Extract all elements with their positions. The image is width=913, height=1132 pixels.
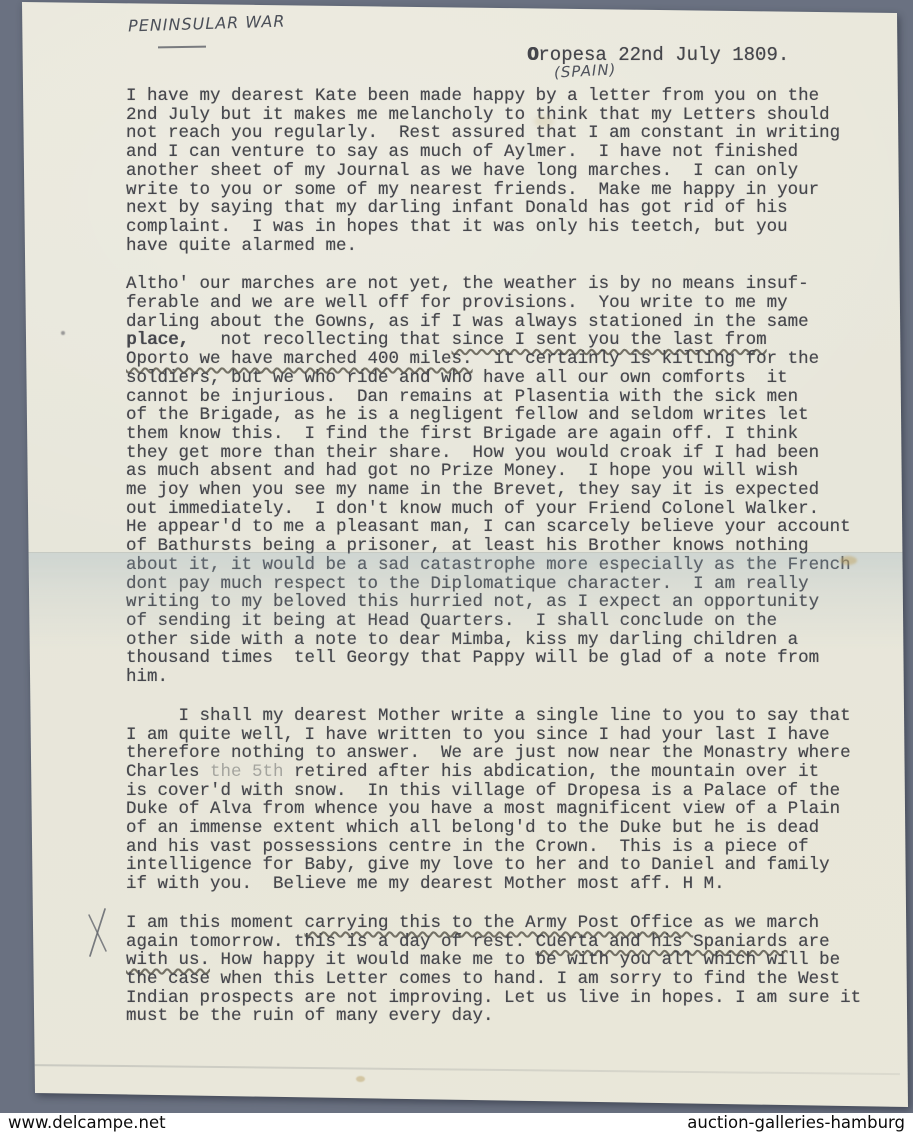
paper-shadow-wrap: PENINSULAR WAR Oropesa 22nd July 1809. (…	[0, 0, 913, 1132]
letter-line: as much absent and had got no Prize Mone…	[126, 462, 886, 481]
letter-line: next by saying that my darling infant Do…	[126, 199, 886, 218]
typed-text: therefore nothing to answer. We are just…	[126, 743, 851, 763]
typed-text: if with you. Believe me my dearest Mothe…	[126, 874, 725, 894]
pencil-margin-x-mark	[85, 908, 111, 960]
letter-line: if with you. Believe me my dearest Mothe…	[126, 875, 886, 894]
typed-text: not recollecting that	[189, 330, 452, 350]
typed-text: of an immense extent which all belong'd …	[126, 818, 819, 838]
letter-line: other side with a note to dear Mimba, ki…	[126, 631, 886, 650]
typed-text: it certainly is killing for the	[473, 349, 820, 369]
typed-text: Indian prospects are not improving. Let …	[126, 988, 861, 1008]
letter-line: out immediately. I don't know much of yo…	[126, 500, 886, 519]
typed-text: ferable and we are well off for provisio…	[126, 293, 788, 313]
letter-line: have quite alarmed me.	[126, 237, 886, 256]
letter-line: again tomorrow. this is a day of rest. C…	[126, 933, 886, 952]
letter-line: they get more than their share. How you …	[126, 444, 886, 463]
handwritten-collection-note: PENINSULAR WAR	[128, 12, 286, 36]
letter-line: of sending it being at Head Quarters. I …	[126, 612, 886, 631]
typed-text: Duke of Alva from whence you have a most…	[126, 799, 840, 819]
typed-text: retired after his abdication, the mounta…	[284, 762, 820, 782]
typed-text: I have my dearest Kate been made happy b…	[126, 86, 819, 106]
letter-line: Charles the 5th retired after his abdica…	[126, 763, 886, 782]
typed-text: dont pay much respect to the Diplomatiqu…	[126, 574, 809, 594]
letter-line: I am quite well, I have written to you s…	[126, 726, 886, 745]
typed-text: 2nd July but it makes me melancholy to t…	[126, 105, 830, 125]
typed-text: write to you or some of my nearest frien…	[126, 180, 819, 200]
letter-line: write to you or some of my nearest frien…	[126, 181, 886, 200]
handwritten-note-underline	[158, 46, 206, 49]
letter-line: not reach you regularly. Rest assured th…	[126, 124, 886, 143]
letter-paragraph: I am this moment carrying this to the Ar…	[126, 914, 886, 1026]
typed-text: them know this. I find the first Brigade…	[126, 424, 798, 444]
letter-line: Altho' our marches are not yet, the weat…	[126, 275, 886, 294]
letter-line: the case when this Letter comes to hand.…	[126, 970, 886, 989]
typed-text: darling about the Gowns, as if I was alw…	[126, 312, 809, 332]
typed-text: must be the ruin of many every day.	[126, 1006, 494, 1026]
letter-line: of Bathursts being a prisoner, at least …	[126, 537, 886, 556]
letter-line: Duke of Alva from whence you have a most…	[126, 800, 886, 819]
typed-text: of the Brigade, as he is a negligent fel…	[126, 405, 809, 425]
letter-paragraph: I shall my dearest Mother write a single…	[126, 707, 886, 894]
typed-text: about it, it would be a sad catastrophe …	[126, 555, 851, 575]
letter-line: and I can venture to say as much of Aylm…	[126, 143, 886, 162]
letter-line: place, not recollecting that since I sen…	[126, 331, 886, 350]
typed-text: another sheet of my Journal as we have l…	[126, 161, 798, 181]
letter-line: of an immense extent which all belong'd …	[126, 819, 886, 838]
typed-text: soldiers, but we who ride and who have a…	[126, 368, 788, 388]
typed-text: other side with a note to dear Mimba, ki…	[126, 630, 798, 650]
letter-line: of the Brigade, as he is a negligent fel…	[126, 406, 886, 425]
typed-text: and I can venture to say as much of Aylm…	[126, 142, 798, 162]
typed-text: place,	[126, 330, 189, 350]
typed-text: is cover'd with snow. In this village of…	[126, 781, 840, 801]
bottom-fold-crease	[26, 1064, 900, 1075]
letter-line: cannot be injurious. Dan remains at Plas…	[126, 388, 886, 407]
paper-stain	[61, 331, 65, 335]
letter-line: 2nd July but it makes me melancholy to t…	[126, 106, 886, 125]
pencil-underlined-text: Cuerta and his Spaniards	[536, 932, 788, 952]
letter-line: ferable and we are well off for provisio…	[126, 294, 886, 313]
typed-text: cannot be injurious. Dan remains at Plas…	[126, 387, 798, 407]
letter-line: him.	[126, 668, 886, 687]
letter-line: dont pay much respect to the Diplomatiqu…	[126, 575, 886, 594]
letter-line: writing to my beloved this hurried not, …	[126, 593, 886, 612]
typed-text: thousand times tell Georgy that Pappy wi…	[126, 648, 819, 668]
typed-text: as we march	[693, 913, 819, 933]
watermark-right-text: auction-galleries-hamburg	[687, 1113, 913, 1132]
typed-text: the case when this Letter comes to hand.…	[126, 969, 840, 989]
pencil-underlined-text: since I sent you the last from	[452, 330, 767, 350]
letter-line: intelligence for Baby, give my love to h…	[126, 856, 886, 875]
letter-line: I have my dearest Kate been made happy b…	[126, 87, 886, 106]
typed-text: out immediately. I don't know much of yo…	[126, 499, 819, 519]
typed-text: I am quite well, I have written to you s…	[126, 725, 830, 745]
typed-text: I am this moment	[126, 913, 305, 933]
typed-text: have quite alarmed me.	[126, 236, 357, 256]
typed-text: writing to my beloved this hurried not, …	[126, 592, 819, 612]
letter-line: Indian prospects are not improving. Let …	[126, 989, 886, 1008]
letter-paragraph: Altho' our marches are not yet, the weat…	[126, 275, 886, 686]
letter-line: Oporto we have marched 400 miles. it cer…	[126, 350, 886, 369]
watermark-bar: www.delcampe.net auction-galleries-hambu…	[0, 1113, 913, 1132]
letter-body-text: I have my dearest Kate been made happy b…	[126, 87, 886, 1046]
letter-paper-sheet: PENINSULAR WAR Oropesa 22nd July 1809. (…	[0, 0, 913, 1112]
watermark-left-text: www.delcampe.net	[0, 1113, 166, 1132]
typed-text: Charles	[126, 762, 210, 782]
letter-line: I shall my dearest Mother write a single…	[126, 707, 886, 726]
typed-text: him.	[126, 667, 168, 687]
typed-text: of Bathursts being a prisoner, at least …	[126, 536, 809, 556]
typed-text: are	[788, 932, 830, 952]
typed-text: of sending it being at Head Quarters. I …	[126, 611, 777, 631]
letter-line: another sheet of my Journal as we have l…	[126, 162, 886, 181]
letter-line: and his vast possessions centre in the C…	[126, 838, 886, 857]
typed-text: and his vast possessions centre in the C…	[126, 837, 809, 857]
pencil-underlined-text: carrying this to the Army Post Office	[305, 913, 694, 933]
typed-text: me joy when you see my name in the Breve…	[126, 480, 819, 500]
letter-line: complaint. I was in hopes that it was on…	[126, 218, 886, 237]
letter-line: therefore nothing to answer. We are just…	[126, 744, 886, 763]
typed-text: next by saying that my darling infant Do…	[126, 198, 788, 218]
pencil-underlined-text: Oporto we have marched 400 miles.	[126, 349, 473, 369]
letter-line: must be the ruin of many every day.	[126, 1007, 886, 1026]
typed-text: they get more than their share. How you …	[126, 443, 819, 463]
letter-line: about it, it would be a sad catastrophe …	[126, 556, 886, 575]
typed-text: intelligence for Baby, give my love to h…	[126, 855, 830, 875]
letter-line: thousand times tell Georgy that Pappy wi…	[126, 649, 886, 668]
typed-text: as much absent and had got no Prize Mone…	[126, 461, 798, 481]
letter-line: them know this. I find the first Brigade…	[126, 425, 886, 444]
letter-line: with us. How happy it would make me to b…	[126, 951, 886, 970]
letter-line: darling about the Gowns, as if I was alw…	[126, 313, 886, 332]
letter-line: soldiers, but we who ride and who have a…	[126, 369, 886, 388]
scanned-letter-photo: PENINSULAR WAR Oropesa 22nd July 1809. (…	[0, 0, 913, 1132]
typed-text: complaint. I was in hopes that it was on…	[126, 217, 788, 237]
letter-line: I am this moment carrying this to the Ar…	[126, 914, 886, 933]
letter-paragraph: I have my dearest Kate been made happy b…	[126, 87, 886, 255]
letter-line: is cover'd with snow. In this village of…	[126, 782, 886, 801]
typed-text: not reach you regularly. Rest assured th…	[126, 123, 840, 143]
handwritten-country-note: (SPAIN)	[554, 60, 617, 81]
typed-text: He appear'd to me a pleasant man, I can …	[126, 517, 851, 537]
paper-stain	[356, 1076, 365, 1082]
typed-text: Altho' our marches are not yet, the weat…	[126, 274, 809, 294]
typed-text: the 5th	[210, 762, 284, 782]
typed-text: again tomorrow. this is a day of rest.	[126, 932, 536, 952]
letter-line: He appear'd to me a pleasant man, I can …	[126, 518, 886, 537]
pencil-underlined-text: with us.	[126, 950, 210, 970]
typed-text: I shall my dearest Mother write a single…	[126, 706, 851, 726]
typed-text: How happy it would make me to be with yo…	[210, 950, 840, 970]
letter-line: me joy when you see my name in the Breve…	[126, 481, 886, 500]
